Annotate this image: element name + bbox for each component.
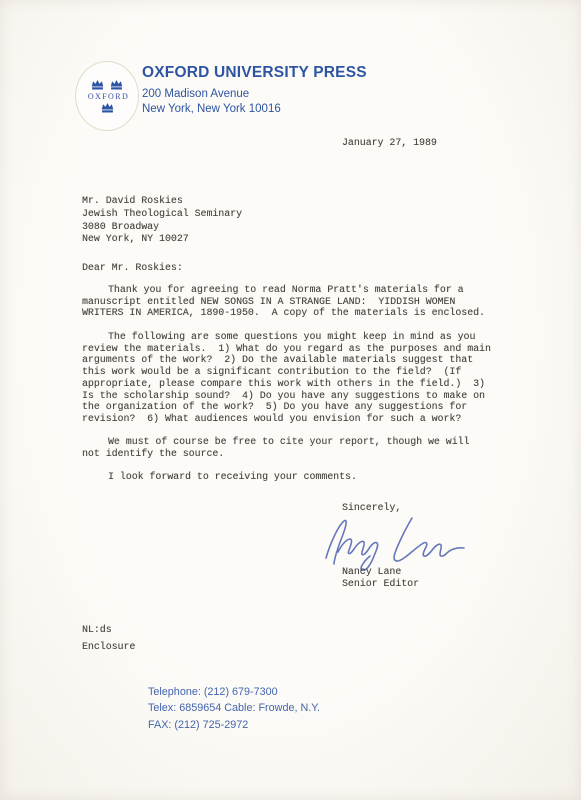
footer-fax: FAX: (212) 725-2972	[148, 717, 320, 733]
body-paragraph-3: We must of course be free to cite your r…	[82, 436, 469, 459]
company-name: OXFORD UNIVERSITY PRESS	[142, 64, 367, 82]
company-address-line1: 200 Madison Avenue	[142, 87, 367, 102]
crown-icon	[100, 102, 115, 113]
crown-icon	[90, 79, 105, 90]
recipient-address: Mr. David Roskies Jewish Theological Sem…	[82, 195, 242, 246]
body-paragraph-4: I look forward to receiving your comment…	[82, 471, 357, 483]
signer-name: Nancy Lane	[342, 566, 401, 578]
handwritten-signature	[318, 512, 468, 574]
scanned-letter-page: OXFORD OXFORD UNIVERSITY PRESS 200 Madis…	[0, 0, 581, 800]
body-paragraph-1: Thank you for agreeing to read Norma Pra…	[82, 284, 485, 319]
logo-oxford-word: OXFORD	[88, 92, 129, 101]
salutation: Dear Mr. Roskies:	[82, 262, 183, 274]
crown-icon	[109, 79, 124, 90]
signer-title: Senior Editor	[342, 578, 419, 590]
letterhead: OXFORD UNIVERSITY PRESS 200 Madison Aven…	[142, 64, 367, 117]
reference-initials: NL:ds	[82, 624, 112, 636]
crown-row	[90, 79, 124, 90]
body-paragraph-2: The following are some questions you mig…	[82, 331, 491, 425]
oxford-press-logo: OXFORD	[75, 61, 139, 131]
footer-telex-cable: Telex: 6859654 Cable: Frowde, N.Y.	[148, 700, 320, 716]
letter-date: January 27, 1989	[342, 137, 437, 149]
enclosure-note: Enclosure	[82, 641, 135, 653]
company-address: 200 Madison Avenue New York, New York 10…	[142, 87, 367, 117]
footer-contact-block: Telephone: (212) 679-7300 Telex: 6859654…	[148, 684, 320, 733]
company-address-line2: New York, New York 10016	[142, 102, 367, 117]
footer-telephone: Telephone: (212) 679-7300	[148, 684, 320, 700]
